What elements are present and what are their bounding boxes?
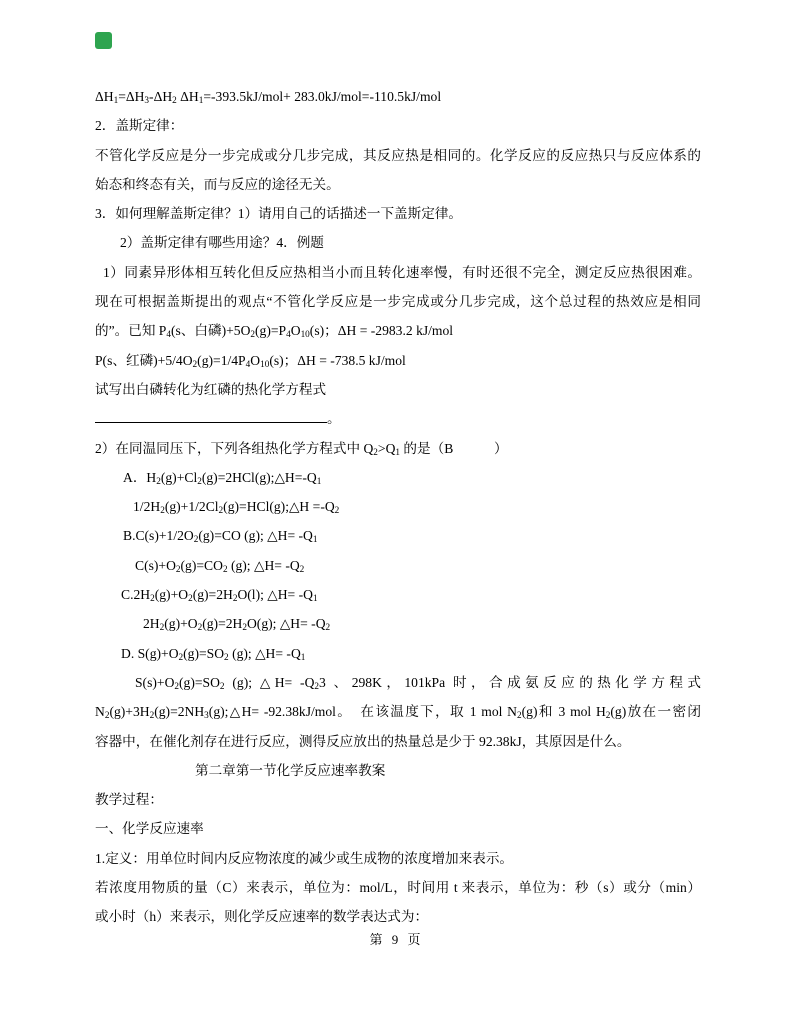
subscript: 2 (156, 476, 161, 486)
fill-in-blank-line (95, 409, 327, 423)
subscript: 4 (246, 359, 251, 369)
subscript: 2 (314, 681, 319, 691)
document-line: D. S(g)+O2(g)=SO2 (g); △H= -Q1 (95, 639, 701, 668)
document-line: 1/2H2(g)+1/2Cl2(g)=HCl(g);△H =-Q2 (95, 492, 701, 521)
subscript: 2 (160, 622, 165, 632)
document-line: C.2H2(g)+O2(g)=2H2O(l); △H= -Q1 (95, 580, 701, 609)
document-line: B.C(s)+1/2O2(g)=CO (g); △H= -Q1 (95, 521, 701, 550)
subscript: 2 (517, 710, 522, 720)
subscript: 2 (179, 652, 184, 662)
subscript: 10 (260, 359, 269, 369)
document-line: N2(g)+3H2(g)=2NH3(g);△H= -92.38kJ/mol。 在… (95, 697, 701, 726)
document-line: 若浓度用物质的量（C）来表示，单位为：mol/L，时间用 t 来表示，单位为：秒… (95, 873, 701, 902)
document-line: 2．盖斯定律： (95, 111, 701, 140)
document-line: S(s)+O2(g)=SO2 (g); △H= -Q23 、298K，101kP… (95, 668, 701, 697)
document-line: P(s、红磷)+5/4O2(g)=1/4P4O10(s)；ΔH = -738.5… (95, 346, 701, 375)
document-line: C(s)+O2(g)=CO2 (g); △H= -Q2 (95, 551, 701, 580)
document-line: 不管化学反应是分一步完成或分几步完成，其反应热是相同的。化学反应的反应热只与反应… (95, 141, 701, 170)
subscript: 2 (105, 710, 110, 720)
document-line: 3．如何理解盖斯定律？1）请用自己的话描述一下盖斯定律。 (95, 199, 701, 228)
document-line: 2）在同温同压下，下列各组热化学方程式中 Q2>Q1 的是（B ） (95, 434, 701, 463)
document-line: ΔH1=ΔH3-ΔH2 ΔH1=-393.5kJ/mol+ 283.0kJ/mo… (95, 82, 701, 111)
subscript: 2 (250, 329, 255, 339)
subscript: 1 (313, 534, 318, 544)
page-number: 第 9 页 (0, 930, 793, 950)
subscript: 2 (160, 505, 165, 515)
document-line: 容器中，在催化剂存在进行反应，测得反应放出的热量总是少于 92.38kJ，其原因… (95, 727, 701, 756)
document-line: 。 (95, 404, 701, 433)
subscript: 2 (606, 710, 611, 720)
document-line: 教学过程： (95, 785, 701, 814)
subscript: 4 (286, 329, 291, 339)
subscript: 3 (204, 710, 209, 720)
document-line: 始态和终态有关，而与反应的途径无关。 (95, 170, 701, 199)
document-line: 1）同素异形体相互转化但反应热相当小而且转化速率慢，有时还很不完全，测定反应热很… (95, 258, 701, 287)
subscript: 2 (176, 564, 181, 574)
subscript: 2 (150, 593, 155, 603)
subscript: 2 (220, 681, 225, 691)
subscript: 1 (301, 652, 306, 662)
document-line: A．H2(g)+Cl2(g)=2HCl(g);△H=-Q1 (95, 463, 701, 492)
document-line: 一、化学反应速率 (95, 814, 701, 843)
document-line: 的”。已知 P4(s、白磷)+5O2(g)=P4O10(s)；ΔH = -298… (95, 316, 701, 345)
document-line: 2）盖斯定律有哪些用途？4．例题 (95, 228, 701, 257)
subscript: 2 (193, 359, 198, 369)
subscript: 2 (233, 593, 238, 603)
subscript: 2 (172, 95, 177, 105)
subscript: 2 (335, 505, 340, 515)
subscript: 2 (223, 564, 228, 574)
document-line: 第二章第一节化学反应速率教案 (95, 756, 701, 785)
document-line: 现在可根据盖斯提出的观点“不管化学反应是一步完成或分几步完成，这个总过程的热效应… (95, 287, 701, 316)
subscript: 1 (114, 95, 119, 105)
subscript: 2 (224, 652, 229, 662)
subscript: 3 (144, 95, 149, 105)
document-page: ΔH1=ΔH3-ΔH2 ΔH1=-393.5kJ/mol+ 283.0kJ/mo… (0, 0, 793, 1020)
subscript: 2 (197, 476, 202, 486)
subscript: 2 (174, 681, 179, 691)
subscript: 2 (242, 622, 247, 632)
subscript: 2 (194, 534, 199, 544)
green-square-icon (95, 32, 112, 49)
subscript: 4 (166, 329, 171, 339)
subscript: 2 (150, 710, 155, 720)
document-line: 试写出白磷转化为红磷的热化学方程式 (95, 375, 701, 404)
subscript: 1 (313, 593, 318, 603)
subscript: 2 (326, 622, 331, 632)
document-line: 或小时（h）来表示，则化学反应速率的数学表达式为： (95, 902, 701, 931)
subscript: 10 (301, 329, 310, 339)
subscript: 1 (395, 447, 400, 457)
subscript: 1 (199, 95, 204, 105)
subscript: 2 (373, 447, 378, 457)
subscript: 2 (300, 564, 305, 574)
document-line: 2H2(g)+O2(g)=2H2O(g); △H= -Q2 (95, 609, 701, 638)
subscript: 2 (198, 622, 203, 632)
subscript: 1 (317, 476, 322, 486)
document-line: 1.定义：用单位时间内反应物浓度的减少或生成物的浓度增加来表示。 (95, 844, 701, 873)
subscript: 2 (188, 593, 193, 603)
subscript: 2 (219, 505, 224, 515)
document-content: ΔH1=ΔH3-ΔH2 ΔH1=-393.5kJ/mol+ 283.0kJ/mo… (95, 82, 701, 932)
